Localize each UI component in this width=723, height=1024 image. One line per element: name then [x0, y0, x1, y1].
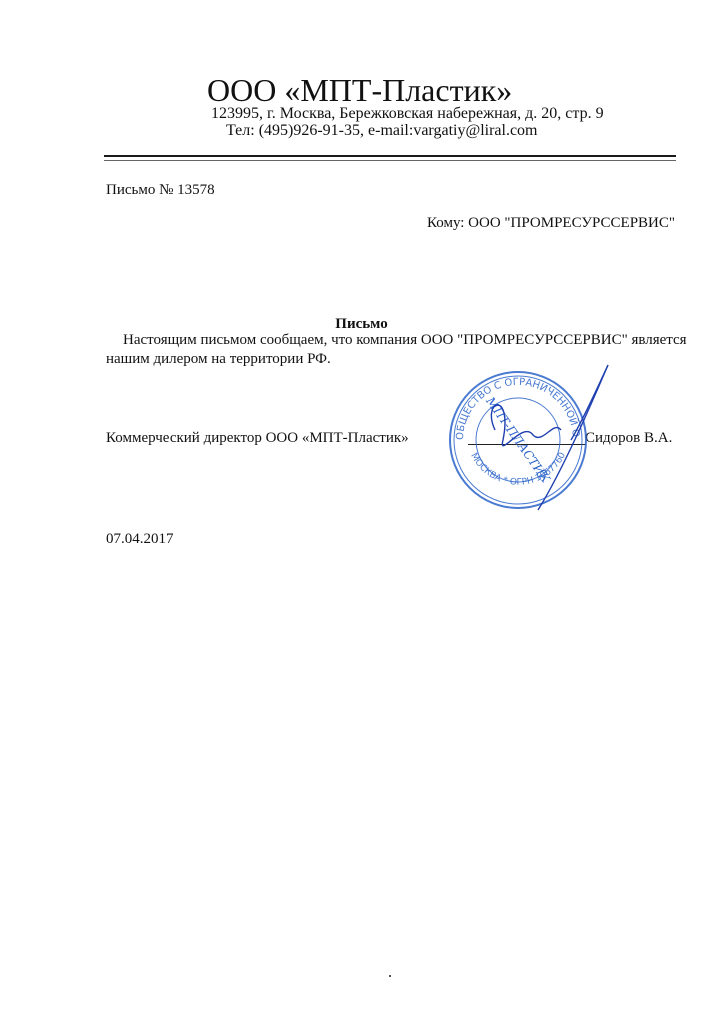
letter-body-line: Настоящим письмом сообщаем, что компания…	[123, 332, 687, 349]
letter-body-line: нашим дилером на территории РФ.	[106, 351, 331, 368]
recipient: Кому: ООО "ПРОМРЕСУРССЕРВИС"	[427, 215, 675, 232]
letter-title: Письмо	[0, 316, 723, 333]
letter-date: 07.04.2017	[106, 531, 174, 548]
signer-position: Коммерческий директор ООО «МПТ-Пластик»	[106, 430, 409, 447]
letter-number: Письмо № 13578	[106, 182, 215, 199]
header-rule-thin	[104, 160, 676, 161]
company-stamp-icon: ОБЩЕСТВО С ОГРАНИЧЕННОЙ ОТВЕТСТВЕННОСТЬЮ…	[443, 360, 623, 520]
header-rule-thick	[104, 155, 676, 157]
company-contacts: Тел: (495)926-91-35, e-mail:vargatiy@lir…	[226, 121, 538, 141]
company-name: ООО «МПТ-Пластик»	[207, 72, 512, 108]
scan-speck	[389, 975, 391, 977]
